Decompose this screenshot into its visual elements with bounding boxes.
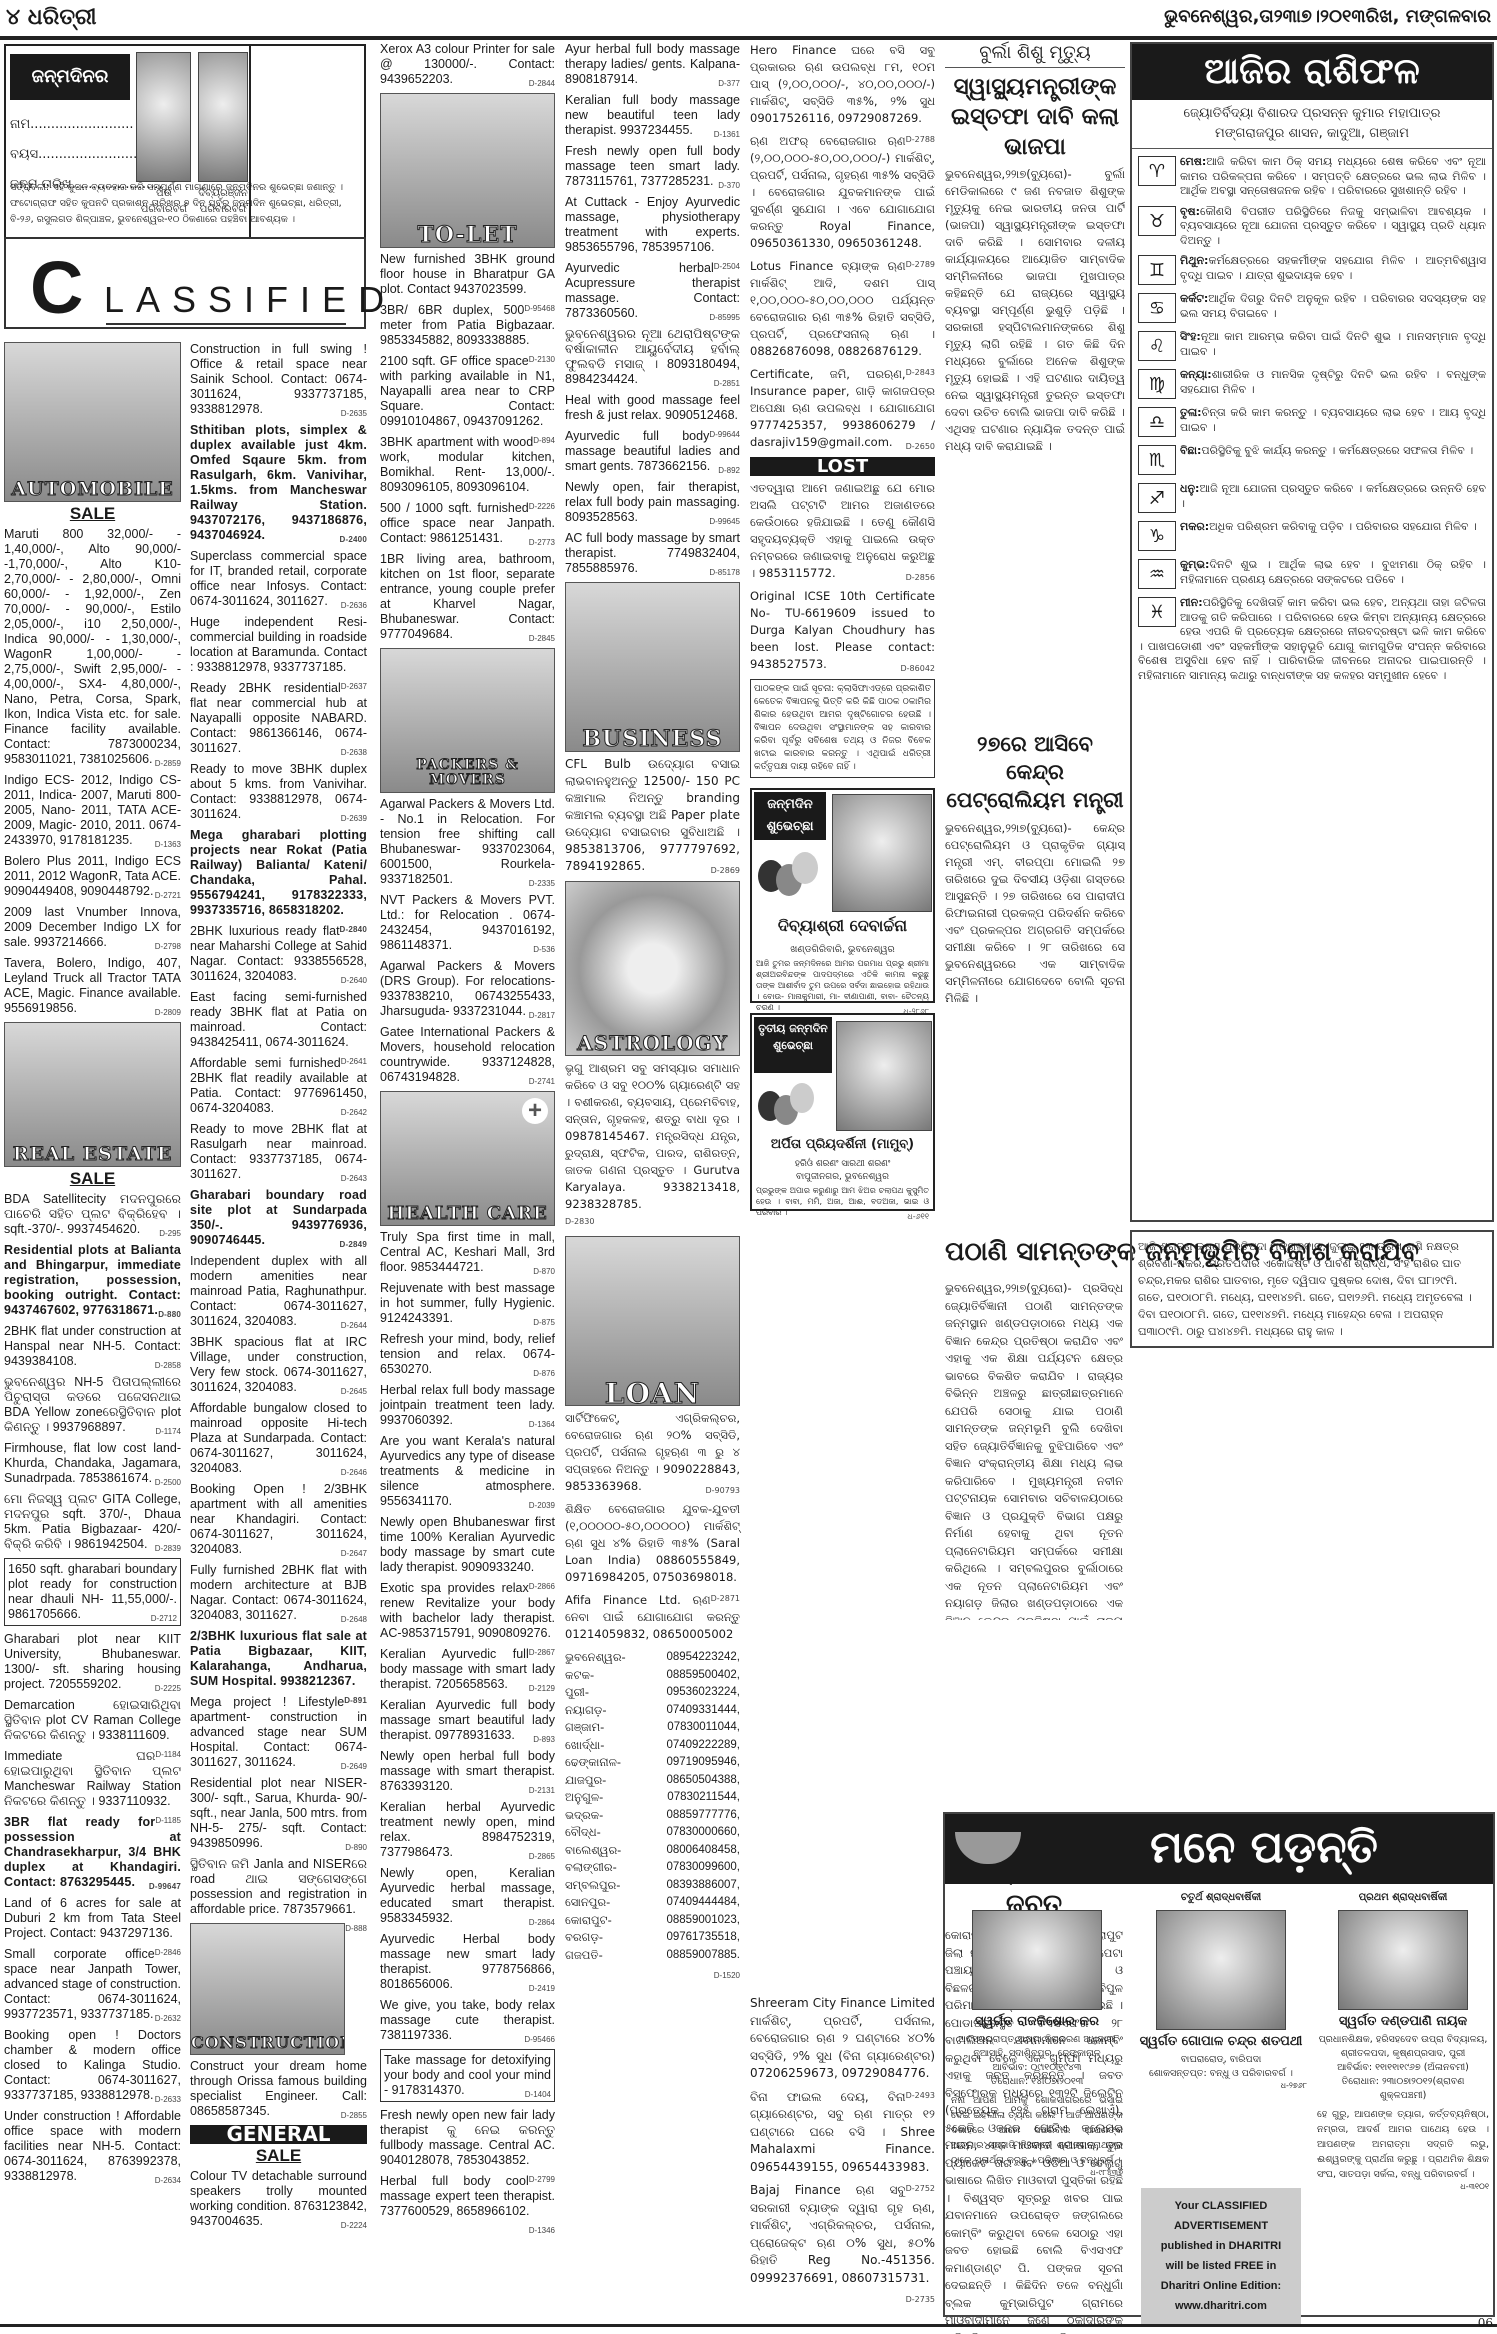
branch-place: ଅନୁଗୁଳ- (565, 1789, 603, 1807)
classified-ad: Immediate ଘର ହୋଇପାରୁଥିବା ସ୍ଥିତିବାନ ପ୍ଲଟ … (4, 1749, 181, 1809)
classified-ad: Superclass commercial space for IT, bran… (190, 549, 367, 609)
ad-text: Lotus Finance ବ୍ୟାଙ୍କ ଋଣ ମାର୍କଶିଟ୍ ଆଦି, … (750, 259, 935, 358)
rashi-name: ମକର: (1180, 520, 1209, 533)
ad-code: D-2799 (529, 2172, 555, 2187)
classified-ad: Refresh your mind, body, relief tension … (380, 1332, 555, 1377)
ad-code: D-2129 (529, 1681, 555, 1696)
rashi-text: ଚିନ୍ତା କରି କାମ କରନ୍ତୁ । ବ୍ୟବସାୟରେ ଲାଭ ହେ… (1180, 406, 1486, 434)
ad-text: Immediate ଘର ହୋଇପାରୁଥିବା ସ୍ଥିତିବାନ ପ୍ଲଟ … (4, 1749, 181, 1808)
classified-ad: Gharabari boundary road site plot at Sun… (190, 1188, 367, 1248)
ad-code: D-2851 (714, 376, 740, 391)
ad-code: D-2871 (711, 1590, 740, 1607)
classified-ad: Keralian Ayurvedic full body massage sma… (380, 1698, 555, 1743)
branch-phone: 07830211544, (667, 1789, 740, 1807)
branch-phone: 07830099600, (666, 1859, 740, 1877)
classified-ad: Newly open, Keralian Ayurvedic herbal ma… (380, 1866, 555, 1926)
coupon-border (250, 44, 366, 178)
zodiac-icon: ♊ (1138, 255, 1176, 285)
classified-ad: Residential plot near NISER-300/- sqft.,… (190, 1776, 367, 1851)
ad-text: NVT Packers & Movers PVT. Ltd.: for Relo… (380, 893, 555, 952)
ad-code: D-2335 (529, 876, 555, 891)
balloons-icon (758, 850, 826, 910)
afifa-code: D-1520 (714, 1968, 740, 1983)
rashi-name: ବିଛା: (1180, 444, 1201, 457)
ad-text: Truly Spa first time in mall, Central AC… (380, 1230, 555, 1274)
classified-ad: Booking Open ! 2/3BHK apartment with all… (190, 1482, 367, 1557)
obit-message: ହେ ଗୁରୁ, ଆପଣଙ୍କ ତ୍ୟାଗ, କର୍ତ୍ତବ୍ୟନିଷ୍ଠା, … (1317, 2107, 1489, 2182)
rashi-name: କନ୍ୟା: (1180, 368, 1212, 381)
obituary-card: ଚତୁର୍ଥ ଶ୍ରାଦ୍ଧବାର୍ଷିକୀସ୍ୱର୍ଗତ ଗୋପାଳ ଚନ୍ଦ… (1135, 1892, 1307, 2091)
ad-text: BDA Satellitecity ମଦନପୁରରେ ପାଚେରି ସହିତ ପ… (4, 1192, 181, 1236)
classified-ad: Bajaj Finance ଋଣ ସବୁ ସରକାରୀ ବ୍ୟାଙ୍କ ଦ୍ୱା… (750, 2182, 935, 2287)
astrology-label: ASTROLOGY (566, 1036, 739, 1051)
ad-astrology: ଭୃଗୁ ଆଶ୍ରମ ସବୁ ସମସ୍ୟାର ସମାଧାନ କରିବେ ଓ ସବ… (565, 1060, 740, 1230)
obit-photo (1156, 1910, 1286, 2030)
zodiac-icon: ♓ (1138, 597, 1176, 627)
ad-code: D-870 (533, 1264, 555, 1279)
ad-code: D-2839 (155, 1541, 181, 1556)
classified-ad: Truly Spa first time in mall, Central AC… (380, 1230, 555, 1275)
packers-image: PACKERS & MOVERS (380, 648, 555, 793)
classified-ad: Fully furnished 2BHK flat with modern ar… (190, 1563, 367, 1623)
branch-phone: 07830000660, (666, 1824, 740, 1842)
promo-line: ADVERTISEMENT (1145, 2216, 1297, 2236)
rashi-entry: ♎ତୁଳା:ଚିନ୍ତା କରି କାମ କରନ୍ତୁ । ବ୍ୟବସାୟରେ … (1138, 406, 1486, 438)
branch-row: ଢେଙ୍କାନାଳ-09719095946, (565, 1754, 740, 1772)
general-sale-heading: SALE (190, 2148, 367, 2163)
story2-body: ଭୁବନେଶ୍ୱର,୨୨ା୭(ବ୍ୟୁରୋ)- କେନ୍ଦ୍ର ପେଟ୍ରୋଲି… (945, 820, 1125, 1100)
ad-code: D-90793 (706, 1482, 741, 1499)
branch-phone: 07830011044, (667, 1719, 740, 1737)
page-number: 06 (1478, 2316, 1493, 2330)
ad-code: D-2400 (340, 532, 367, 547)
classified-ad: 3BHK apartment with wood work, modular k… (380, 435, 555, 495)
obit-detail: ଅବସରପ୍ରାପ୍ତ ଯକ୍ଷ୍ମା ନିରାକରଣ ଅଧିକାରୀ (951, 2033, 1123, 2047)
rashi-text: ଶାରୀରିକ ଓ ମାନସିକ ଦୃଷ୍ଟିରୁ ଦିନଟି ଭଲ ରହିବ … (1180, 368, 1486, 396)
classified-ad: Ready 2BHK residential flat near commerc… (190, 681, 367, 756)
branch-phone: 08393886007, (666, 1877, 740, 1895)
ad-text: Residential plots at Balianta and Bhinga… (4, 1243, 181, 1317)
classified-ad: Sthitiban plots, simplex & duplex availa… (190, 423, 367, 543)
promo-line: published in DHARITRI (1145, 2236, 1297, 2256)
ad-text: Mega project ! Lifestyle apartment- cons… (190, 1695, 367, 1769)
ad-code: D-1361 (714, 127, 740, 142)
branch-phone: 08859777776, (666, 1807, 740, 1825)
obituary-panel: ମନେ ପଡ଼ନ୍ତି ସ୍ୱର୍ଗତ ରାଜକିଶୋର କରଅବସରପ୍ରାପ… (943, 1812, 1495, 2317)
obit-detail: ବାଘରାରୋଡ୍, ବାରିପଦା (1135, 2053, 1307, 2067)
rashi-text: ପରିସ୍ଥିତିକୁ ବୁଝି କାର୍ଯ୍ୟ କରନ୍ତୁ । କର୍ମକ୍… (1201, 444, 1473, 457)
ad-code: D-2865 (529, 1849, 555, 1864)
branch-row: କଟକ-08859500402, (565, 1667, 740, 1685)
tolet-image: TO-LET (380, 93, 555, 248)
ad-text: Sthitiban plots, simplex & duplex availa… (190, 423, 367, 542)
branch-place: ସମ୍ବଲପୁର- (565, 1877, 620, 1895)
ad-code: D-2846 (155, 1945, 181, 1960)
re-sale-heading: SALE (4, 1171, 181, 1186)
zodiac-icon: ♎ (1138, 407, 1176, 437)
ad-code: D-888 (345, 1921, 367, 1936)
branch-place: ବଲାଙ୍ଗୀର- (565, 1859, 617, 1877)
promo-line: Dharitri Online Edition: (1145, 2276, 1297, 2296)
classified-ad: Booking open ! Doctors chamber & modern … (4, 2028, 181, 2103)
ad-code: D-99644 (709, 427, 740, 442)
branch-place: ଯାଜପୁର- (565, 1772, 606, 1790)
news-story-petroleum: ୨୭ରେ ଆସିବେ କେନ୍ଦ୍ର ପେଟ୍ରୋଲିୟମ ମନ୍ତ୍ରୀ ଭୁ… (945, 730, 1125, 1100)
bday1-title: ଜନ୍ମଦିନ ଶୁଭେଚ୍ଛା (754, 792, 826, 840)
news-story-burla: ବୁର୍ଲା ଶିଶୁ ମୃତ୍ୟୁ ସ୍ୱାସ୍ଥ୍ୟମନ୍ତ୍ରୀଙ୍କ ଇ… (945, 42, 1125, 741)
ad-code: D-2634 (155, 2173, 181, 2188)
ad-code: D-2226 (529, 499, 555, 514)
branch-phone: 09761735518, (666, 1929, 740, 1947)
obit-name: ସ୍ୱର୍ଗତ ରାଜକିଶୋର କର (951, 2014, 1123, 2029)
classified-ad: Tavera, Bolero, Indigo, 407, Leyland Tru… (4, 956, 181, 1016)
ad-text: Construction in full swing ! Office & re… (190, 342, 367, 416)
birthday-ad-2: ତୃତୀୟ ଜନ୍ମଦିନ ଶୁଭେଚ୍ଛା ଅର୍ପିତା ପ୍ରିୟଦର୍ଶ… (750, 1013, 935, 1211)
obit-detail: ଶୋକସନ୍ତପ୍ତ: ବନ୍ଧୁ ଓ ପରିବାରବର୍ଗ । (1135, 2067, 1307, 2081)
obit-occasion (951, 1892, 1123, 1908)
classified-ad: Newly open Bhubaneswar first time 100% K… (380, 1515, 555, 1575)
coupon-title: ଜନ୍ମଦିନର ଶୁଭେଚ୍ଛା (10, 54, 130, 100)
obit-detail: ନୂଆସାହି, ସଦାଶିବପୁର, ଢେଙ୍କାନାଳ (951, 2047, 1123, 2061)
column-automobile-realestate: AUTOMOBILE SALE Maruti 800 32,000/- - 1,… (4, 342, 181, 2190)
obit-detail: ଆବିର୍ଭାବ: ୧୧ା୧୧ା୧୯୬୭ (ଅଁଳାନବମୀ) (1317, 2061, 1489, 2075)
ad-code: D-2809 (155, 1005, 181, 1020)
ad-text: ସାର୍ଟିଫିକେଟ୍, ଏଗ୍ରିକଲ୍ଚର, ବେରୋଜଗାର ଋଣ ୨୦… (565, 1411, 740, 1493)
zodiac-icon: ♈ (1138, 156, 1176, 186)
promo-line: Your CLASSIFIED (1145, 2196, 1297, 2216)
story2-headline: ୨୭ରେ ଆସିବେ କେନ୍ଦ୍ର ପେଟ୍ରୋଲିୟମ ମନ୍ତ୍ରୀ (945, 730, 1125, 814)
classified-ad: Small corporate office space near Janpat… (4, 1947, 181, 2022)
ad-code: D-2493 (906, 2087, 935, 2105)
ad-text: Exotic spa provides relax renew Revitali… (380, 1581, 555, 1640)
bday2-message: ପ୍ରଭୁଙ୍କ ଅପାର କରୁଣାରୁ ଆମ ଝିଅର ଚଲାପଥ କୁସୁ… (756, 1185, 929, 1222)
ad-text: Land of 6 acres for sale at Duburi 2 km … (4, 1896, 181, 1940)
classified-ad: 2BHK flat under construction at Hanspal … (4, 1324, 181, 1369)
classified-ad: Under construction ! Affordable office s… (4, 2109, 181, 2184)
classified-ad: Mega gharabari plotting projects near Ro… (190, 828, 367, 918)
rashi-entry: ♈ମେଷ:ଆଜି କରିବା କାମ ଠିକ୍ ସମୟ ମଧ୍ୟରେ ଶେଷ କ… (1138, 155, 1486, 199)
column-property: Construction in full swing ! Office & re… (190, 342, 367, 2235)
ad-text: 2/3BHK luxurious flat sale at Patia Bigb… (190, 1629, 367, 1688)
zodiac-icon: ♍ (1138, 369, 1176, 399)
branch-row: ଯାଜପୁର-08650504388, (565, 1772, 740, 1790)
branch-phone: 07409222289, (666, 1737, 740, 1755)
branch-row: ଗଜପତି-08859007885. (565, 1947, 740, 1965)
packers-label: PACKERS & MOVERS (381, 758, 554, 788)
ad-text: Demarcation ହୋଇସାରିଥିବା ସ୍ଥିତିବାନ plot C… (4, 1698, 181, 1742)
classified-ad: Newly open herbal full body massage with… (380, 1749, 555, 1794)
ad-code: D-86042 (901, 660, 936, 677)
ad-code: D-2735 (906, 2291, 935, 2309)
classified-ad: Ready to move 2BHK flat at Rasulgarh nea… (190, 1122, 367, 1182)
branch-place: ଖୋର୍ଦ୍ଧା- (565, 1737, 604, 1755)
ad-code: D-2864 (529, 1915, 555, 1930)
astrologer-name: ଜ୍ୟୋତିର୍ବିଦ୍ୟା ବିଶାରଦ ପ୍ରସନ୍ନ କୁମାର ମହାପ… (1132, 104, 1492, 124)
classified-ad: Original ICSE 10th Certificate No- TU-66… (750, 588, 935, 673)
horoscope-panel: ଆଜିର ରାଶିଫଳ ଜ୍ୟୋତିର୍ବିଦ୍ୟା ବିଶାରଦ ପ୍ରସନ୍… (1130, 42, 1494, 1222)
obit-photo (1338, 1910, 1468, 2010)
loan-image: LOAN (565, 1236, 740, 1406)
rashi-text: ଆଜି କରିବା କାମ ଠିକ୍ ସମୟ ମଧ୍ୟରେ ଶେଷ କରିବେ … (1180, 155, 1486, 197)
branch-phone: 07409331444, (666, 1702, 740, 1720)
bday2-place: ବାପୁଜୀନଗର, ଭୁବନେଶ୍ୱର (752, 1170, 933, 1185)
classified-ad: Residential plots at Balianta and Bhinga… (4, 1243, 181, 1318)
story3-body: ଭୁବନେଶ୍ୱର,୨୨ା୭(ବ୍ୟୁରୋ)- ପ୍ରସିଦ୍ଧ ଜ୍ୟୋତିର… (945, 1280, 1123, 1620)
classified-ad: Maruti 800 32,000/- - 1,40,000/-, Alto 9… (4, 527, 181, 767)
rashi-text: ନୂଆ କାମ ଆରମ୍ଭ କରିବା ପାଇଁ ଦିନଟି ଶୁଭ । ମାନ… (1180, 330, 1486, 358)
rashi-text: କୌଣସି ବିପରୀତ ପରିସ୍ଥିତିରେ ନିଜକୁ ସମ୍ଭାଳିବା… (1180, 205, 1486, 247)
ad-text: Maruti 800 32,000/- - 1,40,000/-, Alto 9… (4, 527, 181, 766)
ad-text: ଋଣ ଅଫର୍ ବେରୋଜଗାର ଋଣ (୨,୦୦,୦୦୦-୫୦,୦୦,୦୦୦/… (750, 134, 935, 250)
obituary-title: ମନେ ପଡ଼ନ୍ତି (1045, 1820, 1483, 1876)
branch-place: କଟକ- (565, 1667, 594, 1685)
ad-code: D-2856 (906, 569, 935, 586)
ad-code: D-99647 (149, 1879, 181, 1894)
ad-text: 3BHK apartment with wood work, modular k… (380, 435, 555, 494)
classified-ad: 3BHK spacious flat at IRC Village, under… (190, 1335, 367, 1395)
story1-body: ଭୁବନେଶ୍ୱର,୨୨ା୭(ବ୍ୟୁରୋ)- ବୁର୍ଲା ମେଡିକାଲରେ… (945, 166, 1125, 741)
ad-text: Heal with good massage feel fresh & just… (565, 393, 740, 422)
branch-phone: 08859500402, (666, 1667, 740, 1685)
branch-phone: 08006408458, (666, 1842, 740, 1860)
ad-code: D-2859 (155, 756, 181, 771)
obituary-card: ସ୍ୱର୍ଗତ ରାଜକିଶୋର କରଅବସରପ୍ରାପ୍ତ ଯକ୍ଷ୍ମା ନ… (951, 1892, 1123, 2178)
classified-ad: Land of 6 acres for sale at Duburi 2 km … (4, 1896, 181, 1941)
ad-code: D-2867 (529, 1645, 555, 1660)
ad-code: D-2636 (341, 598, 367, 613)
lamp-icon (955, 1832, 1021, 1864)
page-label: ୪ ଧରିତ୍ରୀ (6, 4, 97, 30)
rashi-entry: ♒କୁମ୍ଭ:ଦିନଟି ଶୁଭ । ଆର୍ଥିକ ଲାଭ ହେବ । ବୁଝା… (1138, 558, 1486, 590)
rashi-entry: ♏ବିଛା:ପରିସ୍ଥିତିକୁ ବୁଝି କାର୍ଯ୍ୟ କରନ୍ତୁ । … (1138, 444, 1486, 476)
ad-code: D-536 (533, 942, 555, 957)
ad-code: D-2858 (155, 1358, 181, 1373)
branch-phone: 07409444484, (666, 1894, 740, 1912)
story1-headline: ସ୍ୱାସ୍ଥ୍ୟମନ୍ତ୍ରୀଙ୍କ ଇସ୍ତଫା ଦାବି କଲା ଭାଜପ… (945, 72, 1125, 162)
rashi-entry: ♐ଧନୁ:ଆଜି ନୂଆ ଯୋଜନା ପ୍ରସ୍ତୁତ କରିବେ । କର୍ମ… (1138, 482, 1486, 514)
healthcare-label: HEALTH CARE (381, 1206, 554, 1221)
auto-sale-heading: SALE (4, 506, 181, 521)
ad-text: 3BR flat ready for possession at Chandra… (4, 1815, 181, 1889)
ad-code: D-1363 (155, 837, 181, 852)
reader-notice: ପାଠକଙ୍କ ପାଇଁ ସୂଚନା: କ୍ଲାସିଫାଏଡ୍‌ରେ ପ୍ରକା… (750, 679, 935, 778)
ad-text: Affordable bungalow closed to mainroad o… (190, 1401, 367, 1475)
obit-code: ଧ-୩୧୦୧ (1317, 2182, 1489, 2192)
classified-ad: 1BR living area, bathroom, kitchen on 1s… (380, 552, 555, 642)
obit-code: ଧ-୨୭୬୮ (1135, 2081, 1307, 2091)
classified-ad: ଭୁବନେଶ୍ୱର NH-5 ପିତାପଲ୍ଲୀରେ ପିଚୁରାସ୍ତା କଡ… (4, 1375, 181, 1435)
ad-text: New furnished 3BHK ground floor house in… (380, 252, 555, 296)
astrologer-address: ମଙ୍ଗରାଜପୁର ଶାସନ, କାଦୁଆ, ଗଞ୍ଜାମ (1132, 124, 1492, 144)
top-rule (0, 36, 1497, 40)
ad-text: Booking Open ! 2/3BHK apartment with all… (190, 1482, 367, 1556)
masthead: ୪ ଧରିତ୍ରୀ ଭୁବନେଶ୍ୱର,ତା୨୩ା୭।୨୦୧୩ରିଖ, ମଙ୍ଗ… (0, 0, 1497, 34)
zodiac-icon: ♐ (1138, 483, 1176, 513)
classified-ad: Rejuvenate with best massage in hot summ… (380, 1281, 555, 1326)
ad-text: Refresh your mind, body, relief tension … (380, 1332, 555, 1376)
ad-code: D-2645 (341, 1384, 367, 1399)
ad-code: D-2840 (340, 922, 367, 937)
ad-code: D-2647 (341, 1546, 367, 1561)
classified-ad: ସାର୍ଟିଫିକେଟ୍, ଏଗ୍ରିକଲ୍ଚର, ବେରୋଜଗାର ଋଣ ୨୦… (565, 1410, 740, 1495)
branch-place: ଢେଙ୍କାନାଳ- (565, 1754, 621, 1772)
classified-ad: Ayur herbal full body massage therapy la… (565, 42, 740, 87)
rashi-name: ମୀନ: (1180, 596, 1203, 609)
ad-text: Small corporate office space near Janpat… (4, 1947, 181, 2021)
branch-place: ବାଲେଶ୍ୱର- (565, 1842, 621, 1860)
rashi-text: ଆଜି ନୂଆ ଯୋଜନା ପ୍ରସ୍ତୁତ କରିବେ । କର୍ମକ୍ଷେତ… (1180, 482, 1486, 510)
classified-ad: 3BR flat ready for possession at Chandra… (4, 1815, 181, 1890)
ad-text: Agarwal Packers & Movers Ltd. - No.1 in … (380, 797, 555, 886)
automobile-label: AUTOMOBILE (5, 482, 180, 497)
classified-ad: Ready to move 3BHK duplex about 5 kms. f… (190, 762, 367, 822)
ad-code: D-1184 (155, 1747, 181, 1762)
rashi-name: କୁମ୍ଭ: (1180, 558, 1209, 571)
ad-text: Rejuvenate with best massage in hot summ… (380, 1281, 555, 1325)
ad-text: Newly open Bhubaneswar first time 100% K… (380, 1515, 555, 1574)
branch-row: ବାଲେଶ୍ୱର-08006408458, (565, 1842, 740, 1860)
classified-ad: Fresh newly open full body massage teen … (565, 144, 740, 189)
ad-code: D-2500 (155, 1475, 181, 1490)
branch-place: କୋରାପୁଟ- (565, 1912, 612, 1930)
classified-ad: Gharabari plot near KIIT University, Bhu… (4, 1632, 181, 1692)
obit-code: ଧ-୯୮୪୩୭ (951, 2168, 1123, 2178)
classified-ad: Huge independent Resi-commercial buildin… (190, 615, 367, 675)
classified-ad: Lotus Finance ବ୍ୟାଙ୍କ ଋଣ ମାର୍କଶିଟ୍ ଆଦି, … (750, 258, 935, 360)
rashi-text: ଦିନଟି ଶୁଭ । ଆର୍ଥିକ ଲାଭ ହେବ । ବୁଝାମଣା ଠିକ… (1180, 558, 1486, 586)
obit-photo (972, 1910, 1102, 2010)
ad-text: Shreeram City Finance Limited ମାର୍କଶିଟ୍,… (750, 1996, 935, 2080)
ad-code: D-2866 (529, 1579, 555, 1594)
ad-code: D-95468 (524, 301, 555, 316)
obituary-card: ପ୍ରଥମ ଶ୍ରାଦ୍ଧବାର୍ଷିକୀସ୍ୱର୍ଗତ ଦଣ୍ଡପାଣି ନା… (1317, 1892, 1489, 2192)
branch-place: ନୟାଗଡ଼- (565, 1702, 607, 1720)
ad-text: 1BR living area, bathroom, kitchen on 1s… (380, 552, 555, 641)
classified-ad: Agarwal Packers & Movers (DRS Group). Fo… (380, 959, 555, 1019)
branch-place: ଭୁବନେଶ୍ୱର- (565, 1649, 626, 1667)
rashi-text: ଅଧିକ ପରିଶ୍ରମ କରିବାକୁ ପଡ଼ିବ । ପରିବାରର ସହଯ… (1209, 520, 1477, 533)
ad-code: D-2712 (151, 1611, 177, 1626)
promo-line[interactable]: www.dharitri.com (1145, 2296, 1297, 2316)
ad-code: D-2648 (341, 1612, 367, 1627)
horoscope-title: ଆଜିର ରାଶିଫଳ (1132, 44, 1492, 100)
ad-code: D-1364 (529, 1417, 555, 1432)
ad-code: D-2633 (155, 2092, 181, 2107)
ad-code: D-2721 (155, 888, 181, 903)
column-massage-business-loan: Ayur herbal full body massage therapy la… (565, 42, 740, 1983)
ad-code: D-2225 (155, 1681, 181, 1696)
classified-ad: Gatee International Packers & Movers, ho… (380, 1025, 555, 1085)
classified-ad: 2100 sqft. GF office space with parking … (380, 354, 555, 429)
zodiac-icon: ♋ (1138, 293, 1176, 323)
classified-ad: AC full body massage by smart therapist.… (565, 531, 740, 576)
ad-code: D-1185 (155, 1813, 181, 1828)
rashi-name: କର୍କଟ: (1180, 292, 1208, 305)
classified-ad: Heal with good massage feel fresh & just… (565, 393, 740, 423)
ad-code: D-295 (159, 1226, 181, 1241)
zodiac-icon: ♏ (1138, 445, 1176, 475)
ad-code: D-377 (718, 76, 740, 91)
ad-code: D-2638 (341, 745, 367, 760)
ad-code: D-2419 (529, 1981, 555, 1996)
general-heading: GENERAL (190, 2125, 367, 2144)
zodiac-icon: ♑ (1138, 521, 1176, 551)
ad-text: Original ICSE 10th Certificate No- TU-66… (750, 589, 935, 671)
lost-heading: LOST (750, 457, 935, 476)
ad-code: D-2773 (529, 535, 555, 550)
branch-row: ପୁରୀ-09536023224, (565, 1684, 740, 1702)
ad-code: D-2632 (155, 2011, 181, 2026)
ad-code: D-1174 (155, 1424, 181, 1439)
classified-ad: Firmhouse, flat low cost land-Khurda, Ch… (4, 1441, 181, 1486)
bday2-name: ଅର୍ପିତା ପ୍ରିୟଦର୍ଶିନୀ (ମାମୁବ୍) (752, 1137, 933, 1152)
balloons-icon-2 (758, 1081, 826, 1137)
ad-code: D-85995 (709, 310, 740, 325)
branch-row: ଖୋର୍ଦ୍ଧା-07409222289, (565, 1737, 740, 1755)
ad-text: ସ୍ଥିତିବାନ ଜମି Janla and NISERରେ road ଥାଇ… (190, 1857, 367, 1916)
classified-ad: Affordable bungalow closed to mainroad o… (190, 1401, 367, 1476)
ad-code: D-95466 (524, 2032, 555, 2047)
bday2-photo (836, 1021, 932, 1131)
rashi-entry: ♌ସିଂହ:ନୂଆ କାମ ଆରମ୍ଭ କରିବା ପାଇଁ ଦିନଟି ଶୁଭ… (1138, 330, 1486, 362)
branch-row: ବରଗଡ଼-09761735518, (565, 1929, 740, 1947)
classified-banner: C LASSIFIED (4, 237, 366, 329)
classified-ad: We give, you take, body relax massage cu… (380, 1998, 555, 2043)
classified-ad: Construction in full swing ! Office & re… (190, 342, 367, 417)
ad-code: D-2643 (341, 1171, 367, 1186)
branch-row: ଅନୁଗୁଳ-07830211544, (565, 1789, 740, 1807)
obit-occasion: ପ୍ରଥମ ଶ୍ରାଦ୍ଧବାର୍ଷିକୀ (1317, 1892, 1489, 1908)
ad-code: D-894 (533, 433, 555, 448)
ad-code: D-2635 (341, 406, 367, 421)
realestate-image: REAL ESTATE (4, 1022, 181, 1167)
rashi-name: ଧନୁ: (1180, 482, 1199, 495)
ad-code: D-2640 (341, 973, 367, 988)
ad-code: D-2637 (341, 679, 367, 694)
ad-code: D-2849 (340, 1237, 367, 1252)
branch-row: ସୋନପୁର-07409444484, (565, 1894, 740, 1912)
ad-text: Mega gharabari plotting projects near Ro… (190, 828, 367, 917)
classified-ad: ସ୍ଥିତିବାନ ଜମି Janla and NISERରେ road ଥାଇ… (190, 1857, 367, 1917)
bottom-rule (0, 2324, 1497, 2327)
obit-name: ସ୍ୱର୍ଗତ ଗୋପାଳ ଚନ୍ଦ୍ର ଶତପଥୀ (1135, 2034, 1307, 2049)
bday1-message: ଆଜି ତୁମର ଜନ୍ମଦିନରେ ଆମର ପରମାଧ ପ୍ରଭୁ ଶ୍ରୀମ… (756, 958, 929, 1017)
obit-detail: ତିରୋଧାନ: ୨୩ା୦୭ା୨୦୧୨(ଶ୍ରାବଣ ଶୁକ୍ଳପଞ୍ଚମୀ) (1317, 2075, 1489, 2103)
bday1-photo (832, 794, 932, 912)
ad-code: D-2843 (906, 364, 935, 381)
branch-place: ପୁରୀ- (565, 1684, 589, 1702)
ad-code: D-2644 (341, 1318, 367, 1333)
ad-code: D-2650 (906, 438, 935, 455)
classified-ad: ଏତଦ୍ୱାରା ଆମେ ଜଣାଇଅଛୁ ଯେ ମୋର ଅସଲି ପଟ୍ଟାଟି… (750, 480, 935, 582)
rashi-text: କର୍ମକ୍ଷେତ୍ରରେ ସହକର୍ମୀଙ୍କ ସହଯୋଗ ମିଳିବ । ଆ… (1180, 254, 1486, 282)
ad-business: CFL Bulb ଉଦ୍ୟୋଗ ବସାଇ ଲାଭବାନହୁଅନ୍ତୁ 12500… (565, 756, 740, 875)
ad-general: Colour TV detachable surround speakers t… (190, 2169, 367, 2229)
branch-phone: 08859001023, (666, 1912, 740, 1930)
ad-xerox: Xerox A3 colour Printer for sale @ 13000… (380, 42, 555, 87)
ad-code: D-2642 (341, 1105, 367, 1120)
zodiac-icon: ♒ (1138, 559, 1176, 589)
classified-ad: Keralian herbal Ayurvedic treatment newl… (380, 1800, 555, 1860)
branch-place: ଗଜପତି- (565, 1947, 603, 1965)
obit-detail: ଆବିର୍ଭାବ: ୦୯ା୧୦ା୧୯୪୩ (951, 2061, 1123, 2075)
branch-row: ବୌଦ୍ଧ-07830000660, (565, 1824, 740, 1842)
obit-detail: ତିରୋଧାନ: ୧୪ା୦୭ା୨୦୧୩ (951, 2075, 1123, 2089)
classified-ad: Herbal relax full body massage jointpain… (380, 1383, 555, 1428)
branch-phone: 08650504388, (666, 1772, 740, 1790)
classified-ad: ମୋ ନିଜସ୍ୱ ପ୍ଲଟ GITA College, ମଦନପୁର sqft… (4, 1492, 181, 1552)
loan-label: LOAN (566, 1386, 739, 1401)
